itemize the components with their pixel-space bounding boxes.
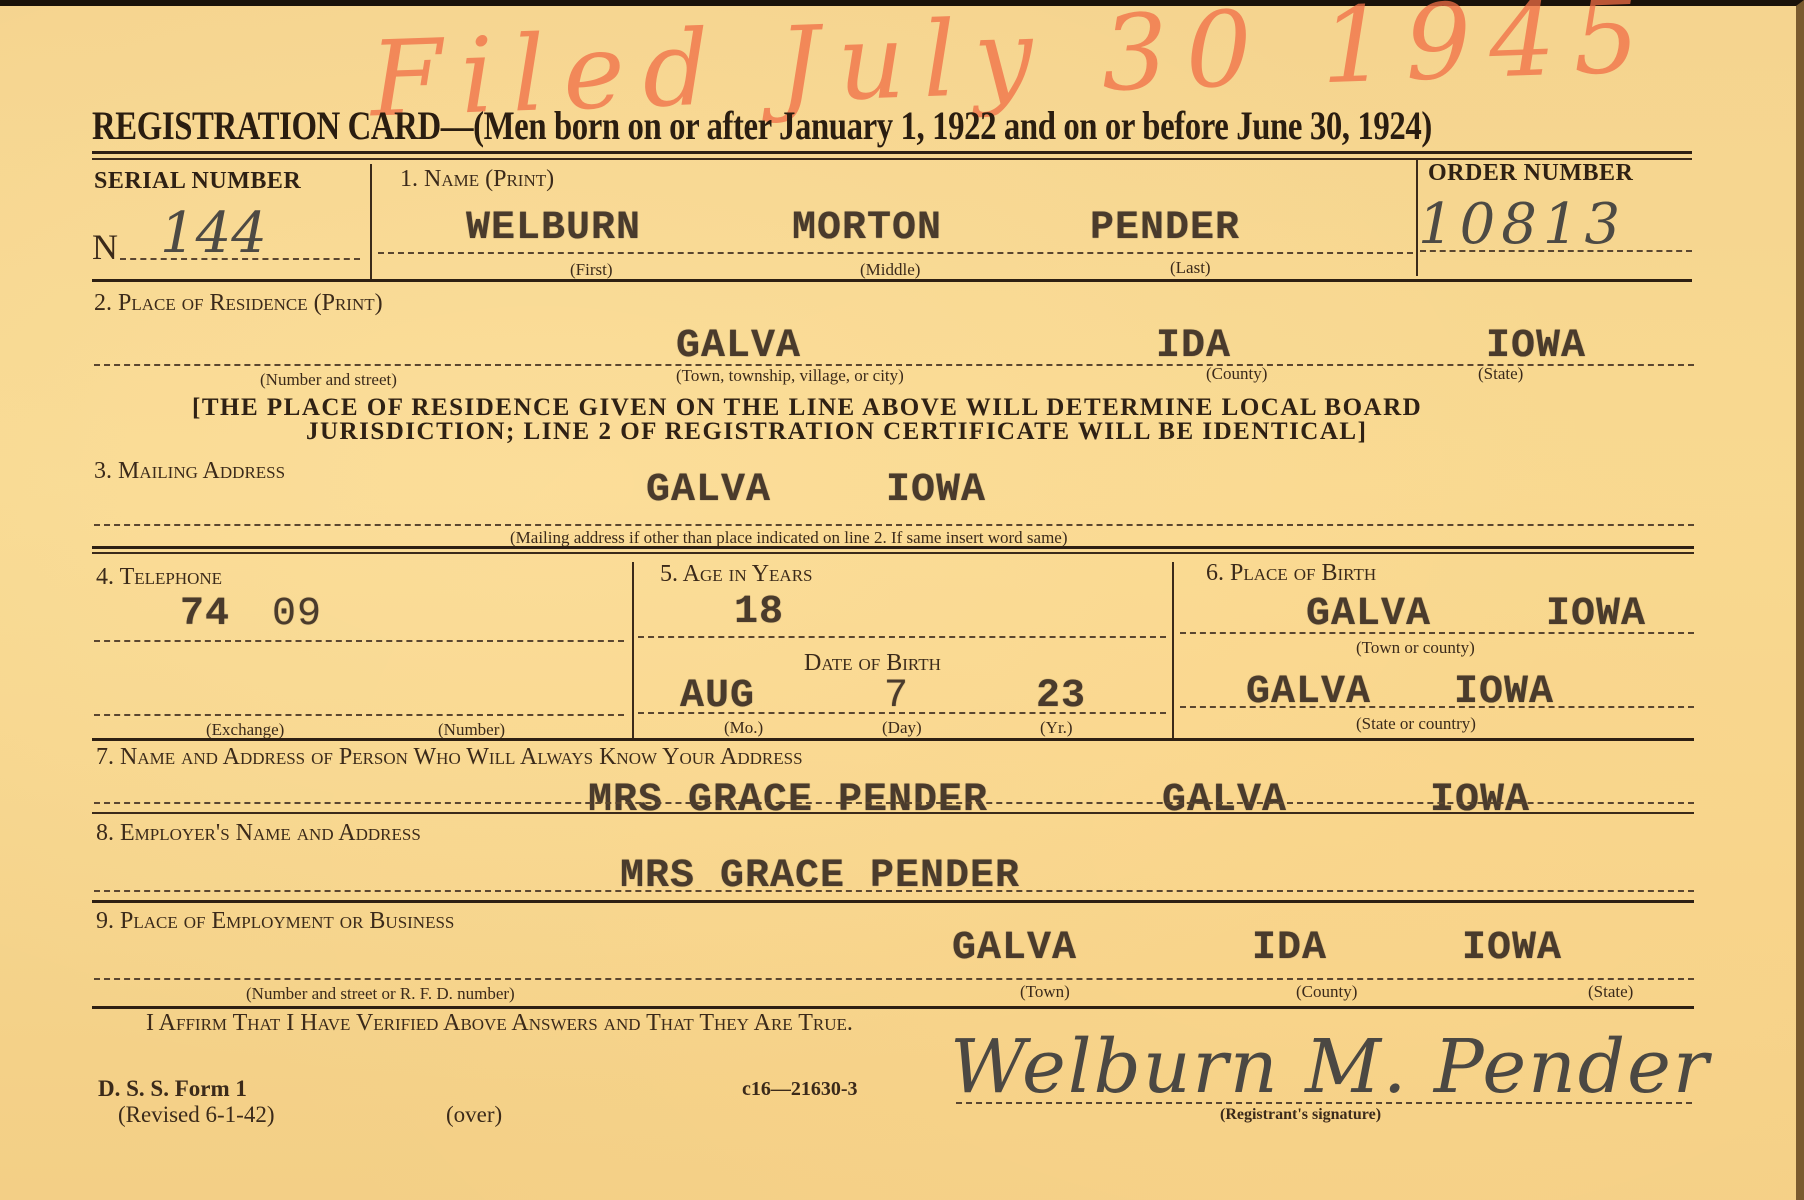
exchange-line <box>94 714 624 716</box>
employment-state-value: IOWA <box>1462 926 1562 971</box>
contact-town-value: GALVA <box>1162 778 1287 823</box>
middle-name-value: MORTON <box>792 206 942 251</box>
employer-name-value: MRS GRACE PENDER <box>620 854 1020 899</box>
title-rule <box>92 151 1692 154</box>
employment-label: 9. Place of Employment or Business <box>96 908 454 935</box>
age-line <box>638 636 1166 638</box>
divider <box>370 164 372 280</box>
mailing-town-value: GALVA <box>646 468 771 513</box>
contact-label: 7. Name and Address of Person Who Will A… <box>96 744 803 771</box>
dob-line <box>638 712 1166 714</box>
last-name-value: PENDER <box>1090 206 1240 251</box>
rfd-caption: (Number and street or R. F. D. number) <box>246 984 515 1004</box>
telephone-exchange-value: 74 <box>180 592 230 637</box>
emp-state-caption: (State) <box>1588 982 1633 1002</box>
registrant-signature: Welburn M. Pender <box>950 1024 1710 1110</box>
card-title: REGISTRATION CARD—(Men born on or after … <box>92 102 1432 149</box>
county-caption: (County) <box>1206 364 1267 384</box>
telephone-line <box>94 640 624 642</box>
print-code: c16—21630-3 <box>742 1078 858 1101</box>
section-rule <box>92 812 1694 814</box>
middle-caption: (Middle) <box>860 260 920 280</box>
section-rule <box>92 738 1694 741</box>
mailing-line <box>94 524 1694 526</box>
age-label: 5. Age in Years <box>660 561 813 588</box>
employer-line <box>94 890 1694 892</box>
section-rule-2 <box>92 552 1694 554</box>
town-or-county-caption: (Town or county) <box>1356 638 1475 658</box>
name-label: 1. Name (Print) <box>400 166 554 193</box>
section-rule <box>92 546 1694 549</box>
state-or-country-caption: (State or country) <box>1356 714 1476 734</box>
birthplace-label: 6. Place of Birth <box>1206 560 1376 587</box>
birth-country-value: IOWA <box>1454 670 1554 715</box>
form-revised: (Revised 6-1-42) <box>118 1102 275 1128</box>
contact-line <box>94 802 1694 804</box>
month-caption: (Mo.) <box>724 718 763 738</box>
jurisdiction-notice-line2: JURISDICTION; LINE 2 OF REGISTRATION CER… <box>306 418 1367 446</box>
serial-prefix: N <box>92 226 118 268</box>
age-value: 18 <box>734 590 784 635</box>
exchange-caption: (Exchange) <box>206 720 284 740</box>
first-name-value: WELBURN <box>466 206 641 251</box>
section-rule <box>92 900 1694 903</box>
birth-town-state-value: IOWA <box>1546 592 1646 637</box>
employment-line <box>94 978 1694 980</box>
telephone-label: 4. Telephone <box>96 564 222 591</box>
birth-state-value: GALVA <box>1246 670 1371 715</box>
contact-name-value: MRS GRACE PENDER <box>588 778 988 823</box>
state-caption: (State) <box>1478 364 1523 384</box>
residence-label: 2. Place of Residence (Print) <box>94 290 383 317</box>
order-line <box>1420 250 1692 252</box>
section-rule <box>92 1006 1694 1009</box>
number-caption: (Number) <box>438 720 505 740</box>
serial-number-value: 144 <box>160 201 267 266</box>
divider <box>1172 562 1174 738</box>
contact-state-value: IOWA <box>1430 778 1530 823</box>
year-caption: (Yr.) <box>1040 718 1073 738</box>
employment-town-value: GALVA <box>952 926 1077 971</box>
mailing-caption: (Mailing address if other than place ind… <box>510 528 1068 548</box>
street-caption: (Number and street) <box>260 370 397 390</box>
registration-card: Filed July 30 1945 REGISTRATION CARD—(Me… <box>0 0 1804 1200</box>
affirmation-text: I Affirm That I Have Verified Above Answ… <box>146 1010 853 1037</box>
telephone-number-value: 09 <box>272 592 322 637</box>
day-caption: (Day) <box>882 718 922 738</box>
mailing-state-value: IOWA <box>886 468 986 513</box>
residence-town-value: GALVA <box>676 324 801 369</box>
birth-state-line <box>1180 706 1694 708</box>
birth-town-line <box>1180 632 1694 634</box>
signature-line <box>956 1102 1692 1104</box>
employment-county-value: IDA <box>1252 926 1327 971</box>
over-note: (over) <box>446 1102 502 1128</box>
serial-number-label: SERIAL NUMBER <box>94 168 301 195</box>
order-number-value: 10813 <box>1418 192 1626 257</box>
name-line <box>378 252 1413 254</box>
order-number-label: ORDER NUMBER <box>1428 160 1633 187</box>
serial-line <box>120 258 360 260</box>
section-rule <box>92 279 1692 282</box>
birth-town-value: GALVA <box>1306 592 1431 637</box>
date-of-birth-label: Date of Birth <box>804 650 941 677</box>
mailing-address-label: 3. Mailing Address <box>94 458 285 485</box>
divider <box>632 562 634 738</box>
residence-state-value: IOWA <box>1486 324 1586 369</box>
last-caption: (Last) <box>1170 258 1211 278</box>
emp-town-caption: (Town) <box>1020 982 1070 1002</box>
emp-county-caption: (County) <box>1296 982 1357 1002</box>
signature-caption: (Registrant's signature) <box>1220 1106 1381 1124</box>
residence-county-value: IDA <box>1156 324 1231 369</box>
employer-label: 8. Employer's Name and Address <box>96 820 421 847</box>
first-caption: (First) <box>570 260 613 280</box>
form-number: D. S. S. Form 1 <box>98 1076 247 1102</box>
town-caption: (Town, township, village, or city) <box>676 366 904 386</box>
